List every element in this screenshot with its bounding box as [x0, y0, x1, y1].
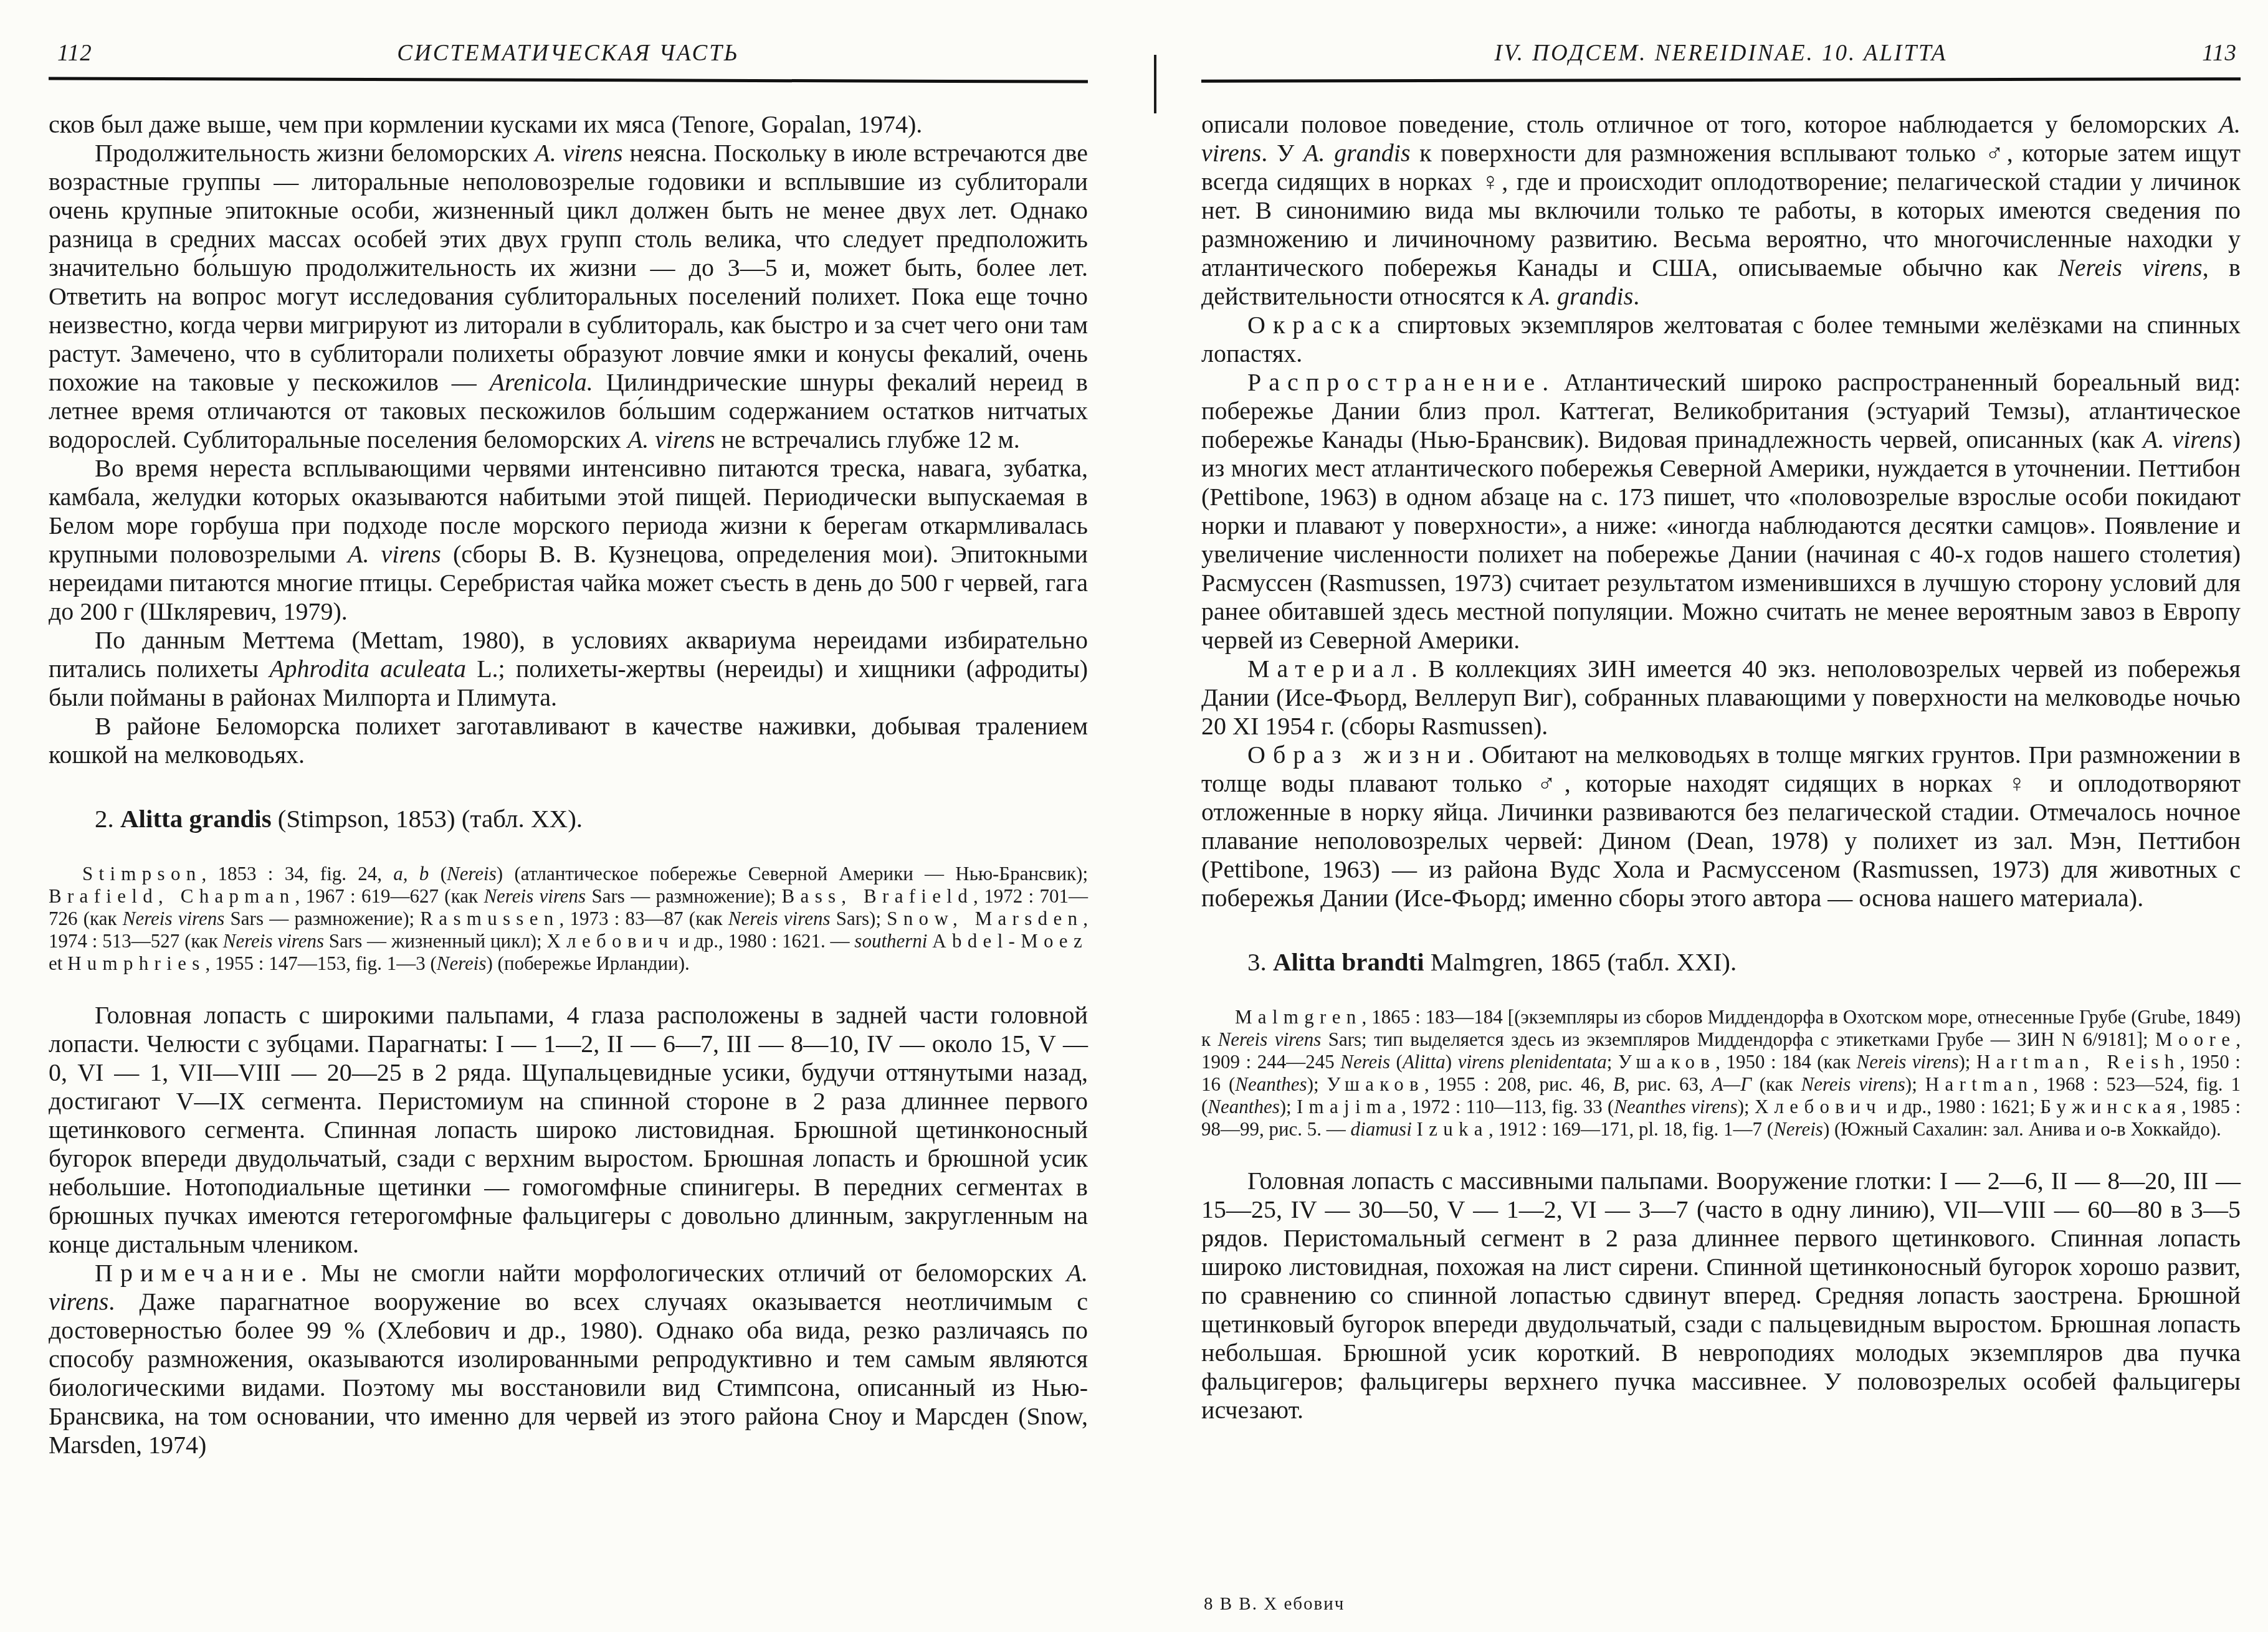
text-segment: (	[1390, 1051, 1403, 1073]
text-segment: Rasmussen	[420, 908, 559, 929]
text-segment: Хлебович	[1755, 1096, 1882, 1117]
text-segment: А—Г	[1712, 1073, 1751, 1095]
text-segment: . Мы не смогли найти морфологических отл…	[301, 1259, 1067, 1287]
text-segment: virens plenidentata	[1458, 1051, 1607, 1073]
text-segment: Neanthes	[1235, 1073, 1307, 1095]
text-segment: не встречались глубже 12 м.	[715, 425, 1020, 453]
para-continuation-top-left: сков был даже выше, чем при кормлении ку…	[49, 110, 1088, 139]
text-segment: A. virens	[348, 540, 441, 568]
text-segment: В	[1613, 1073, 1625, 1095]
text-segment: Snow, Marsden	[887, 908, 1083, 929]
text-segment: );	[1905, 1073, 1925, 1095]
page-left: 112 СИСТЕМАТИЧЕСКАЯ ЧАСТЬ сков был даже …	[49, 35, 1088, 1459]
text-segment: Abdel-Moez	[932, 930, 1088, 952]
para-grandis-description: Головная лопасть с широкими пальпами, 4 …	[49, 1001, 1088, 1259]
text-segment: Brafield, Chapman	[49, 885, 295, 907]
text-segment: Nereis	[1340, 1051, 1390, 1073]
text-segment: A. grandis	[1530, 282, 1634, 310]
species-heading-alitta-grandis: 2. Alitta grandis (Stimpson, 1853) (табл…	[49, 804, 1088, 833]
page-body-right: описали половое поведение, столь отлично…	[1201, 110, 2241, 1425]
text-segment: неясна. Поскольку в июле встречаются две…	[49, 139, 1088, 396]
biblio-alitta-brandti: Malmgren, 1865 : 183—184 [(экземпляры из…	[1201, 1006, 2241, 1141]
para-spawning-predators: Во время нереста всплывающими червями ин…	[49, 454, 1088, 626]
para-coloration: Окраска спиртовых экземпляров желтоватая…	[1201, 311, 2241, 368]
text-segment: и др., 1980 : 1621;	[1882, 1096, 2040, 1117]
text-segment: Nereis	[1773, 1118, 1823, 1140]
text-segment: et	[49, 952, 67, 974]
text-segment: 2.	[95, 804, 120, 833]
text-segment: Nereis virens	[1857, 1051, 1959, 1073]
text-segment: A. virens	[627, 425, 715, 453]
text-segment: Nereis virens	[728, 908, 831, 929]
text-segment: A. virens	[535, 139, 622, 167]
text-segment: Примечание	[95, 1259, 301, 1287]
species-heading-alitta-brandti: 3. Alitta brandti Malmgren, 1865 (табл. …	[1201, 947, 2241, 976]
text-segment: Sars — размножение);	[586, 885, 781, 907]
text-segment: Nereis	[437, 952, 487, 974]
text-segment: Alitta brandti	[1273, 947, 1424, 976]
text-segment: Sars);	[830, 908, 887, 929]
para-distribution: Распространение. Атлантический широко ра…	[1201, 368, 2241, 655]
page-number-right: 113	[2202, 35, 2237, 72]
text-segment: Образ жизни	[1247, 741, 1468, 769]
text-segment: , 1853 : 34, fig. 24,	[202, 863, 394, 885]
text-segment: Izuka	[1417, 1118, 1489, 1140]
text-segment: Бужинская	[2040, 1096, 2181, 1117]
text-segment: ) из многих мест атлантического побережь…	[1201, 425, 2241, 654]
text-segment: , 1950 : 184 (как	[1715, 1051, 1856, 1073]
text-segment: Bass, Brafield	[782, 885, 973, 907]
text-segment: (	[429, 863, 447, 885]
book-spread: 112 СИСТЕМАТИЧЕСКАЯ ЧАСТЬ сков был даже …	[0, 0, 2268, 1632]
text-segment: Хлебович	[547, 930, 674, 952]
running-head-right: IV. ПОДСЕМ. NEREIDINAE. 10. ALITTA 113	[1201, 35, 2241, 75]
text-segment: , 1972 : 110—113, fig. 33 (	[1401, 1096, 1614, 1117]
text-segment: diamusi	[1351, 1118, 1412, 1140]
text-segment: Malmgren	[1235, 1006, 1362, 1028]
text-segment: Ушаков	[1327, 1073, 1424, 1095]
text-segment: );	[1280, 1096, 1297, 1117]
text-segment	[1412, 1118, 1417, 1140]
page-body-left: сков был даже выше, чем при кормлении ку…	[49, 110, 1088, 1459]
text-segment: ) (атлантическое побережье Северной Амер…	[497, 863, 1088, 885]
text-segment: (Stimpson, 1853) (табл. XX).	[272, 804, 583, 833]
text-segment: Sars — жизненный цикл);	[324, 930, 547, 952]
running-head-left: 112 СИСТЕМАТИЧЕСКАЯ ЧАСТЬ	[49, 35, 1088, 75]
para-continuation-top-right: описали половое поведение, столь отлично…	[1201, 110, 2241, 311]
text-segment: Ушаков	[1618, 1051, 1715, 1073]
header-rule-left	[49, 77, 1088, 83]
text-segment: , 1973 : 83—87 (как	[560, 908, 728, 929]
text-segment: Alitta grandis	[120, 804, 272, 833]
text-segment: , 1955 : 147—153, fig. 1—3 (	[206, 952, 437, 974]
para-material: Материал. В коллекциях ЗИН имеется 40 эк…	[1201, 655, 2241, 741]
text-segment: Головная лопасть с массивными пальпами. …	[1201, 1167, 2241, 1424]
text-segment: );	[1738, 1096, 1755, 1117]
text-segment: (как	[1751, 1073, 1801, 1095]
text-segment: Alitta	[1403, 1051, 1446, 1073]
text-segment: Malmgren, 1865 (табл. XXI).	[1424, 947, 1737, 976]
text-segment: ;	[1607, 1051, 1618, 1073]
text-segment: и др., 1980 : 1621. —	[674, 930, 855, 952]
text-segment: Окраска	[1247, 311, 1387, 339]
text-segment: В районе Беломорска полихет заготавливаю…	[49, 712, 1088, 769]
text-segment: Материал	[1247, 655, 1411, 683]
text-segment: 3.	[1247, 947, 1273, 976]
text-segment: a, b	[393, 863, 429, 885]
text-segment: , 1912 : 169—171, pl. 18, fig. 1—7 (	[1489, 1118, 1773, 1140]
text-segment: Nereis virens	[1801, 1073, 1905, 1095]
text-segment: Neanthes virens	[1614, 1096, 1737, 1117]
text-segment: Imajima	[1297, 1096, 1401, 1117]
text-segment: A. virens	[2143, 425, 2232, 453]
text-segment: southerni	[854, 930, 927, 952]
para-grandis-note: Примечание. Мы не смогли найти морфологи…	[49, 1259, 1088, 1459]
biblio-alitta-grandis: Stimpson, 1853 : 34, fig. 24, a, b (Nere…	[49, 863, 1088, 975]
text-segment: Nereis virens	[1217, 1028, 1321, 1050]
text-segment: Stimpson	[82, 863, 202, 885]
text-segment: );	[1307, 1073, 1327, 1095]
text-segment: Nereis virens	[223, 930, 324, 952]
printers-signature: 8 В В. Х ебович	[1204, 1594, 1345, 1615]
text-segment: , рис. 63,	[1625, 1073, 1712, 1095]
text-segment: сков был даже выше, чем при кормлении ку…	[49, 110, 922, 138]
text-segment: Arenicola.	[490, 368, 593, 396]
text-segment: описали половое поведение, столь отлично…	[1201, 110, 2219, 138]
text-segment: );	[1958, 1051, 1976, 1073]
text-segment: Hartman	[1925, 1073, 2034, 1095]
text-segment: Neanthes	[1208, 1096, 1279, 1117]
text-segment: Sars; тип выделяется здесь из экземпляро…	[1321, 1028, 2155, 1050]
text-segment: Nereis virens	[2058, 254, 2203, 282]
running-title-left: СИСТЕМАТИЧЕСКАЯ ЧАСТЬ	[49, 35, 1088, 72]
text-segment: Nereis virens	[484, 885, 586, 907]
text-segment: . У	[1261, 139, 1303, 167]
text-segment: Humphries	[67, 952, 205, 974]
header-rule-right	[1201, 77, 2241, 82]
para-belomorsk-bait: В районе Беломорска полихет заготавливаю…	[49, 712, 1088, 769]
text-segment: Nereis	[447, 863, 497, 885]
text-segment: .	[1633, 282, 1639, 310]
text-segment: )	[1446, 1051, 1458, 1073]
text-segment: ) (побережье Ирландии).	[487, 952, 690, 974]
para-life-habits: Образ жизни. Обитают на мелководьях в то…	[1201, 741, 2241, 913]
text-segment: Moore	[2155, 1028, 2236, 1050]
text-segment: , 1967 : 619—627 (как	[295, 885, 484, 907]
text-segment: Sars — размножение);	[224, 908, 420, 929]
text-segment: A. grandis	[1303, 139, 1410, 167]
text-segment: Aphrodita aculeata	[269, 655, 466, 683]
para-lifespan: Продолжительность жизни беломорских A. v…	[49, 139, 1088, 454]
text-segment: Hartman, Reish	[1976, 1051, 2180, 1073]
para-brandti-description: Головная лопасть с массивными пальпами. …	[1201, 1167, 2241, 1425]
text-segment: ) (Южный Сахалин: зал. Анива и о-в Хокка…	[1823, 1118, 2221, 1140]
scan-artifact-gutter-line	[1154, 55, 1156, 113]
text-segment: Продолжительность жизни беломорских	[95, 139, 535, 167]
text-segment: Головная лопасть с широкими пальпами, 4 …	[49, 1001, 1088, 1258]
running-title-right: IV. ПОДСЕМ. NEREIDINAE. 10. ALITTA	[1201, 35, 2241, 72]
para-mettam-aquarium: По данным Меттема (Mettam, 1980), в усло…	[49, 626, 1088, 712]
text-segment: Распространение	[1247, 368, 1542, 396]
text-segment: , 1955 : 208, рис. 46,	[1424, 1073, 1613, 1095]
text-segment: . Даже парагнатное вооружение во всех сл…	[49, 1288, 1088, 1459]
text-segment: Nereis virens	[123, 908, 225, 929]
page-right: IV. ПОДСЕМ. NEREIDINAE. 10. ALITTA 113 о…	[1201, 35, 2241, 1615]
